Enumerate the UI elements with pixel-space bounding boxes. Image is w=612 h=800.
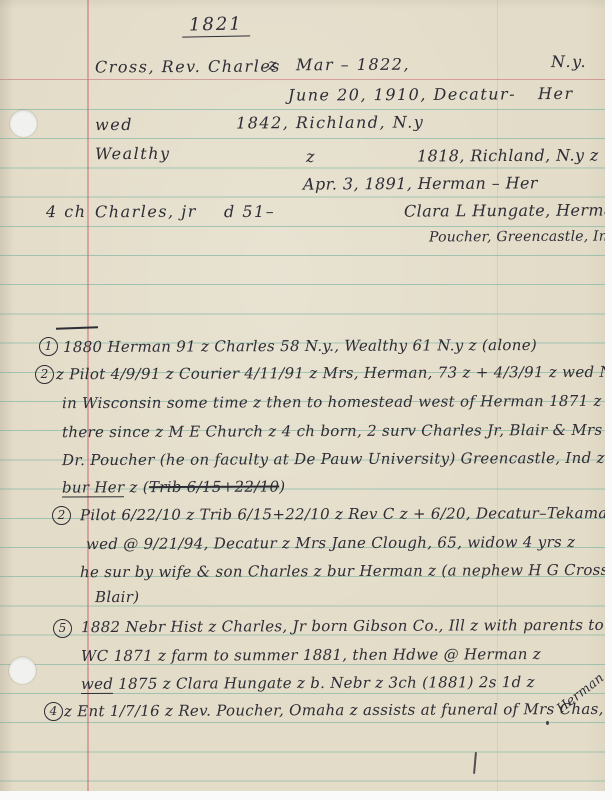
note-number-circled: 2 — [35, 365, 54, 384]
note-number-circled: 4 — [44, 702, 63, 721]
record-children-count: 4 ch — [46, 202, 87, 221]
note4-line3-rest: 1875 z Clara Hungate z b. Nebr z 3ch (18… — [113, 673, 535, 693]
note-number-circled: 2 — [52, 506, 71, 525]
record-wife-birth: 1818, Richland, N.y z — [417, 146, 599, 166]
record-child-note: d 51– — [224, 202, 275, 221]
scan-edge-bottom — [0, 791, 612, 800]
record-wife-death: Apr. 3, 1891, Herman – Her — [303, 173, 538, 193]
record-death-place: Her — [538, 84, 574, 103]
note1-line1: 1880 Herman 91 z Charles 58 N.y., Wealth… — [63, 336, 537, 356]
note3-line1: Pilot 6/22/10 z Trib 6/15+22/10 z Rev C … — [80, 504, 612, 524]
page-title-year: 1821 — [182, 13, 250, 37]
record-informant-line2: Poucher, Greencastle, Ind — [429, 229, 612, 246]
record-name: Cross, Rev. Charles — [95, 57, 281, 77]
record-wed-label: wed — [95, 115, 133, 134]
struck-citation: Trib 6/15+22/10 — [149, 478, 279, 497]
record-wife-name: Wealthy — [95, 144, 171, 163]
record-child-name: Charles, jr — [95, 202, 197, 222]
record-death-date: June 20, 1910, Decatur- — [288, 84, 516, 104]
note2-line3: there since z M E Church z 4 ch born, 2 … — [62, 421, 603, 441]
note2-line5: bur Her z (Trib 6/15+22/10) — [62, 478, 285, 497]
wed-underlined: wed — [81, 675, 113, 694]
note2-line5-close: ) — [279, 478, 285, 496]
record-birth-state: N.y. — [551, 52, 587, 71]
note2-line1: z Pilot 4/9/91 z Courier 4/11/91 z Mrs, … — [56, 363, 612, 383]
note3-line4: Blair) — [95, 588, 139, 606]
note-number-circled: 5 — [53, 619, 72, 638]
note4-line2: WC 1871 z farm to summer 1881, then Hdwe… — [81, 645, 541, 665]
hole-punch-top — [10, 110, 37, 137]
note4-line3: wed 1875 z Clara Hungate z b. Nebr z 3ch… — [81, 673, 535, 693]
stray-ink-dot — [546, 721, 549, 725]
note4-line1: 1882 Nebr Hist z Charles, Jr born Gibson… — [81, 616, 604, 636]
note-number-circled: 1 — [39, 337, 58, 356]
note2-line5-sep: z ( — [124, 478, 149, 496]
record-informant-line1: Clara L Hungate, Herman — [404, 200, 612, 220]
record-wed-value: 1842, Richland, N.y — [236, 113, 424, 133]
note5-line1: z Ent 1/7/16 z Rev. Poucher, Omaha z ass… — [64, 700, 612, 720]
note2-line4: Dr. Poucher (he on faculty at De Pauw Un… — [62, 449, 605, 469]
note2-line2: in Wisconsin some time z then to homeste… — [62, 392, 602, 412]
note3-line2: wed @ 9/21/94, Decatur z Mrs Jane Clough… — [86, 533, 575, 553]
hole-punch-bottom — [9, 657, 36, 684]
record-wife-separator: z — [306, 147, 316, 166]
scanned-notebook-page: 1821 Cross, Rev. Charles z Mar – 1822, N… — [0, 0, 612, 800]
burial-underlined: bur Her — [62, 478, 125, 497]
top-margin-rule — [0, 79, 605, 80]
scan-edge-right — [605, 0, 612, 800]
record-birth-date: Mar – 1822, — [296, 55, 410, 75]
note3-line3: he sur by wife & son Charles z bur Herma… — [80, 561, 612, 581]
record-name-separator: z — [268, 55, 278, 74]
